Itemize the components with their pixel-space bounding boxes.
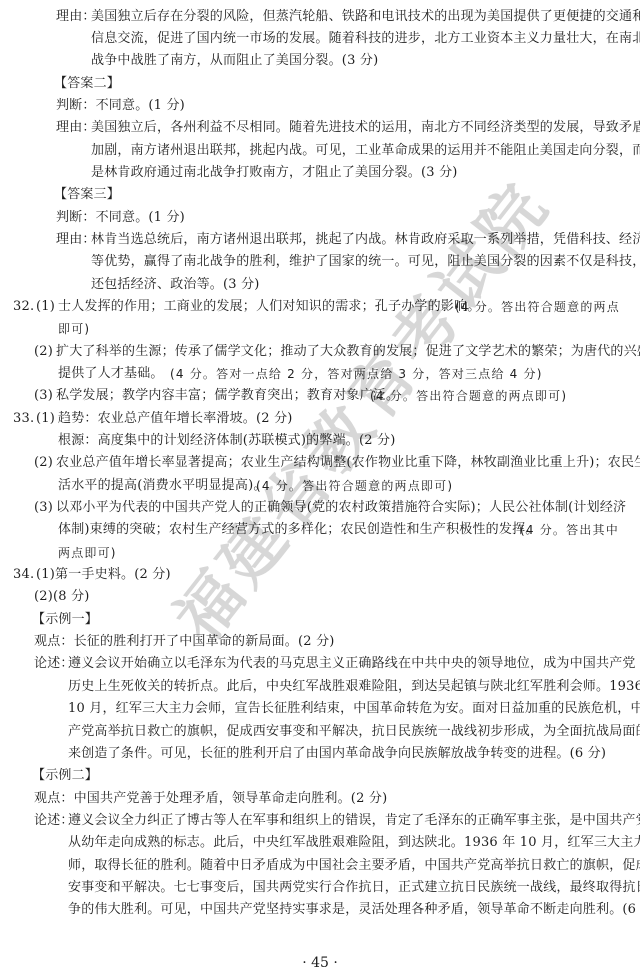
q33-item3-note: (4 分。答出其中 xyxy=(520,522,619,538)
q34-item1: (1)第一手史料。(2 分) xyxy=(36,567,171,583)
document-page: 福建省教育考试院 理由： 美国独立后存在分裂的风险，但蒸汽轮船、铁路和电讯技术的… xyxy=(0,0,640,976)
example2-argument-line: 遵义会议全力纠正了博古等人在军事和组织上的错误，肯定了毛泽东的正确军事主张，是中… xyxy=(68,813,640,829)
q33-item1-label: (1) xyxy=(36,411,55,427)
example1-argument-line: 遵义会议开始确立以毛泽东为代表的马克思主义正确路线在中共中央的领导地位，成为中国… xyxy=(68,656,636,672)
answer2-reason-line: 加剧，南方诸州退出联邦，挑起内战。可见，工业革命成果的运用并不能阻止美国走向分裂… xyxy=(91,143,640,159)
page-number: · 45 · xyxy=(0,955,640,971)
example1-viewpoint: 观点：长征的胜利打开了中国革命的新局面。(2 分) xyxy=(34,634,335,650)
example1-argument-line: 历史上生死攸关的转折点。此后，中央红军战胜艰难险阻，到达吴起镇与陕北红军胜利会师… xyxy=(68,679,640,695)
answer2-reason-line: 美国独立后，各州利益不尽相同。随着先进技术的运用，南北方不同经济类型的发展，导致… xyxy=(91,120,640,136)
example2-argument-line: 争的伟大胜利。可见，中国共产党坚持实事求是，灵活处理各种矛盾，领导革命不断走向胜… xyxy=(68,902,640,918)
q33-item3-line: 以邓小平为代表的中国共产党人的正确领导(党的农村政策措施符合实际)；人民公社体制… xyxy=(56,500,626,516)
example2-argument-line: 安事变和平解决。七七事变后，国共两党实行合作抗日，正式建立抗日民族统一战线，最终… xyxy=(68,880,640,896)
example1-argument-line: 产党高举抗日救亡的旗帜，促成西安事变和平解决，抗日民族统一战线初步形成，为全面抗… xyxy=(68,724,640,740)
q33-item2-label: (2) xyxy=(34,455,53,471)
answer2-judgment: 判断：不同意。(1 分) xyxy=(56,98,185,114)
example2-argument-line: 从幼年走向成熟的标志。此后，中央红军战胜艰难险阻，到达陕北。1936 年 10 … xyxy=(68,835,640,851)
q33-item2-note: (4 分。答出符合题意的两点即可) xyxy=(256,478,453,494)
answer1-reason-line: 美国独立后存在分裂的风险，但蒸汽轮船、铁路和电讯技术的出现为美国提供了更便捷的交… xyxy=(91,9,640,25)
answer1-reason-line: 战争中战胜了南方，从而阻止了美国分裂。(3 分) xyxy=(91,53,378,69)
q32-item3-note: (4 分。答出符合题意的两点即可) xyxy=(370,388,567,404)
q32-item1-note: (4 分。答出符合题意的两点 xyxy=(455,299,620,315)
example2-viewpoint: 观点：中国共产党善于处理矛盾，领导革命走向胜利。(2 分) xyxy=(34,791,387,807)
answer3-reason-line: 林肯当选总统后，南方诸州退出联邦，挑起了内战。林肯政府采取一系列举措，凭借科技、… xyxy=(91,232,640,248)
example2-heading: 【示例二】 xyxy=(32,768,98,784)
q32-item1-line: 即可) xyxy=(58,321,90,337)
q33-item3-line: 两点即可) xyxy=(58,545,117,561)
q33-number: 33. xyxy=(13,411,34,427)
answer3-reason-label: 理由： xyxy=(56,232,96,248)
q32-item1-line: 士人发挥的作用；工商业的发展；人们对知识的需求；孔子办学的影响。 xyxy=(58,299,480,315)
q32-item2-note: (4 分。答对一点给 2 分，答对两点给 3 分，答对三点给 4 分) xyxy=(170,366,543,382)
q34-item2: (2)(8 分) xyxy=(34,589,90,605)
example1-heading: 【示例一】 xyxy=(32,612,98,628)
answer2-heading: 【答案二】 xyxy=(54,76,120,92)
answer1-reason-line: 信息交流，促进了国内统一市场的发展。随着科技的进步，北方工业资本主义力量壮大，在… xyxy=(91,31,640,47)
q32-item3-label: (3) xyxy=(34,388,53,404)
q34-number: 34. xyxy=(13,567,34,583)
q33-item2-line: 农业总产值年增长率显著提高；农业生产结构调整(农作物业比重下降，林牧副渔业比重上… xyxy=(56,455,640,471)
example1-argument-line: 10 月，红军三大主力会师，宣告长征胜利结束，中国革命转危为安。面对日益加重的民… xyxy=(68,701,640,717)
q32-item1-label: (1) xyxy=(36,299,55,315)
q32-item2-line: 提供了人才基础。 xyxy=(58,366,164,382)
answer2-reason-label: 理由： xyxy=(56,120,96,136)
q33-item1-line: 根源：高度集中的计划经济体制(苏联模式)的弊端。(2 分) xyxy=(58,433,396,449)
answer3-judgment: 判断：不同意。(1 分) xyxy=(56,210,185,226)
q33-item1-line: 趋势：农业总产值年增长率滑坡。(2 分) xyxy=(58,411,293,427)
example1-argument-line: 来创造了条件。可见，长征的胜利开启了由国内革命战争向民族解放战争转变的进程。(6… xyxy=(68,746,606,762)
q33-item2-line: 活水平的提高(消费水平明显提高)。 xyxy=(58,478,267,494)
example2-argument-line: 师，取得长征的胜利。随着中日矛盾成为中国社会主要矛盾，中国共产党高举抗日救亡的旗… xyxy=(68,858,640,874)
answer2-reason-line: 是林肯政府通过南北战争打败南方，才阻止了美国分裂。(3 分) xyxy=(91,165,458,181)
q32-item2-line: 扩大了科举的生源；传承了儒学文化；推动了大众教育的发展；促进了文学艺术的繁荣；为… xyxy=(56,344,640,360)
q32-item2-label: (2) xyxy=(34,344,53,360)
q32-item3-line: 私学发展；教学内容丰富；儒学教育突出；教育对象广泛。 xyxy=(56,388,399,404)
answer3-reason-line: 等优势，赢得了南北战争的胜利，维护了国家的统一。可见，阻止美国分裂的因素不仅是科… xyxy=(91,254,640,270)
answer3-heading: 【答案三】 xyxy=(54,187,120,203)
answer1-reason-label: 理由： xyxy=(56,9,96,25)
q32-number: 32. xyxy=(13,299,34,315)
q33-item3-line: 体制)束缚的突破；农村生产经营方式的多样化；农民创造性和生产积极性的发挥。 xyxy=(58,522,538,538)
answer3-reason-line: 还包括经济、政治等。(3 分) xyxy=(91,277,260,293)
q33-item3-label: (3) xyxy=(34,500,53,516)
